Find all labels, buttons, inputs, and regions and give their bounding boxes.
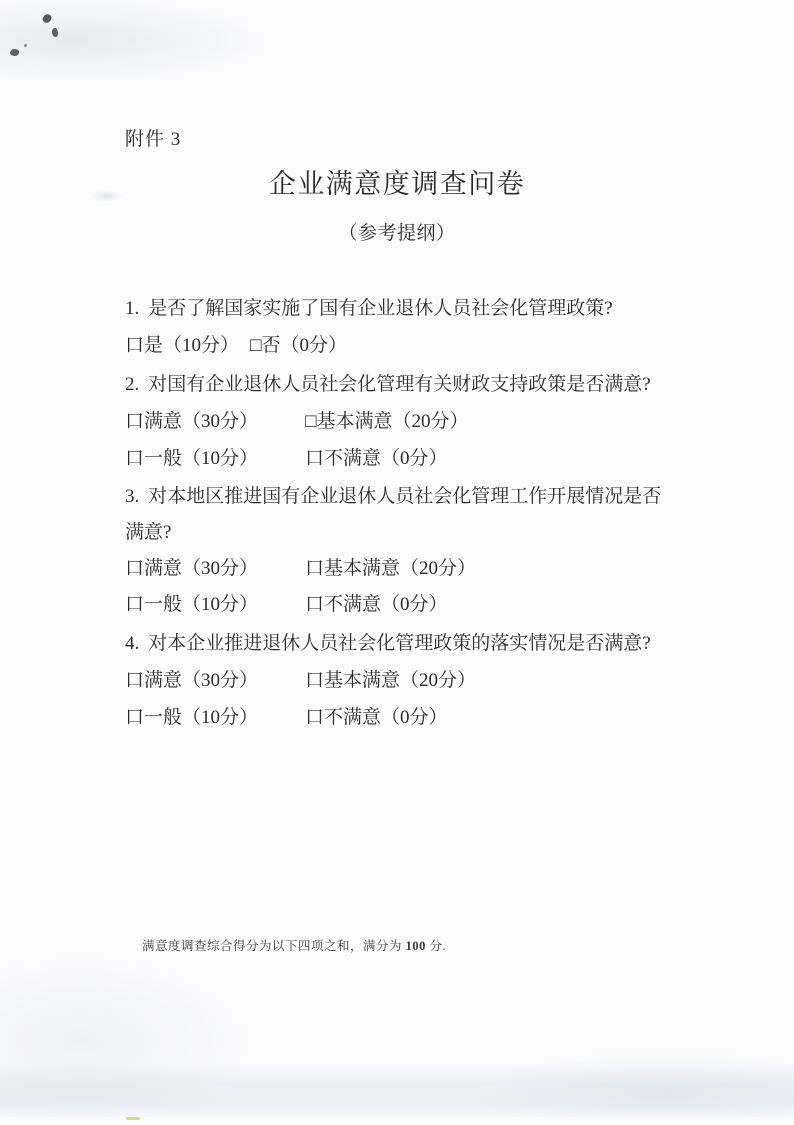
- question-2: 2.对国有企业退休人员社会化管理有关财政支持政策是否满意? 口满意（30分） □…: [125, 366, 680, 477]
- question-1: 1.是否了解国家实施了国有企业退休人员社会化管理政策? 口是（10分） □否（0…: [125, 290, 680, 364]
- option-label: 不满意（0分）: [324, 707, 448, 728]
- option-label: 基本满意（20分）: [324, 670, 476, 691]
- option-label: 一般（10分）: [144, 707, 258, 728]
- question-number: 4.: [125, 633, 139, 654]
- question-text: 对国有企业退休人员社会化管理有关财政支持政策是否满意?: [148, 374, 650, 395]
- question-2-options-row-1: 口满意（30分） □基本满意（20分）: [125, 403, 680, 440]
- option-basically-satisfied: 口基本满意（20分）: [305, 551, 476, 587]
- question-4: 4.对本企业推进退休人员社会化管理政策的落实情况是否满意? 口满意（30分） 口…: [125, 625, 680, 736]
- scan-speck: [41, 13, 52, 25]
- option-label: 满意（30分）: [144, 558, 258, 579]
- checkbox-icon[interactable]: 口: [305, 707, 324, 728]
- checkbox-icon[interactable]: □: [305, 411, 316, 432]
- option-label: 否（0分）: [262, 335, 348, 356]
- checkbox-icon[interactable]: 口: [125, 670, 144, 691]
- question-number: 3.: [125, 486, 139, 507]
- question-number: 1.: [125, 298, 139, 319]
- scan-smudge: [0, 0, 300, 90]
- footnote-score: 100: [406, 939, 426, 953]
- checkbox-icon[interactable]: 口: [125, 335, 144, 356]
- question-4-text: 4.对本企业推进退休人员社会化管理政策的落实情况是否满意?: [125, 625, 680, 662]
- footnote-prefix: 满意度调查综合得分为以下四项之和，满分为: [142, 939, 406, 953]
- option-label: 满意（30分）: [144, 670, 258, 691]
- footnote-suffix: 分.: [426, 939, 446, 953]
- option-yes: 口是（10分）: [125, 327, 239, 364]
- option-label: 满意（30分）: [144, 411, 258, 432]
- question-1-text: 1.是否了解国家实施了国有企业退休人员社会化管理政策?: [125, 290, 680, 327]
- footnote: 满意度调查综合得分为以下四项之和，满分为 100 分.: [142, 936, 446, 954]
- scan-speck: [24, 44, 27, 47]
- option-neutral: 口一般（10分）: [125, 587, 305, 623]
- question-text: 是否了解国家实施了国有企业退休人员社会化管理政策?: [148, 298, 612, 319]
- option-unsatisfied: 口不满意（0分）: [305, 699, 448, 736]
- option-neutral: 口一般（10分）: [125, 440, 305, 477]
- checkbox-icon[interactable]: 口: [125, 594, 144, 615]
- option-label: 是（10分）: [144, 335, 239, 356]
- scan-speck: [9, 48, 19, 56]
- questionnaire-body: 1.是否了解国家实施了国有企业退休人员社会化管理政策? 口是（10分） □否（0…: [125, 290, 680, 736]
- question-4-options-row-2: 口一般（10分） 口不满意（0分）: [125, 699, 680, 736]
- option-label: 基本满意（20分）: [324, 558, 476, 579]
- checkbox-icon[interactable]: 口: [305, 594, 324, 615]
- option-no: □否（0分）: [250, 327, 347, 364]
- option-satisfied: 口满意（30分）: [125, 551, 305, 587]
- option-neutral: 口一般（10分）: [125, 699, 305, 736]
- checkbox-icon[interactable]: 口: [125, 707, 144, 728]
- checkbox-icon[interactable]: □: [250, 335, 261, 356]
- checkbox-icon[interactable]: 口: [125, 448, 144, 469]
- question-2-text: 2.对国有企业退休人员社会化管理有关财政支持政策是否满意?: [125, 366, 680, 403]
- option-unsatisfied: 口不满意（0分）: [305, 440, 448, 477]
- question-3-text: 3.对本地区推进国有企业退休人员社会化管理工作开展情况是否满意?: [125, 479, 680, 551]
- scan-smudge: [470, 1045, 794, 1120]
- question-3: 3.对本地区推进国有企业退休人员社会化管理工作开展情况是否满意? 口满意（30分…: [125, 479, 680, 623]
- question-1-options-row: 口是（10分） □否（0分）: [125, 327, 680, 364]
- option-basically-satisfied: □基本满意（20分）: [305, 403, 469, 440]
- checkbox-icon[interactable]: 口: [305, 558, 324, 579]
- option-label: 基本满意（20分）: [316, 411, 468, 432]
- question-text: 对本地区推进国有企业退休人员社会化管理工作开展情况是否满意?: [125, 486, 661, 543]
- question-2-options-row-2: 口一般（10分） 口不满意（0分）: [125, 440, 680, 477]
- question-text: 对本企业推进退休人员社会化管理政策的落实情况是否满意?: [148, 633, 650, 654]
- scan-mark: [126, 1117, 140, 1120]
- scan-speck: [51, 27, 59, 37]
- checkbox-icon[interactable]: 口: [125, 558, 144, 579]
- question-4-options-row-1: 口满意（30分） 口基本满意（20分）: [125, 662, 680, 699]
- option-satisfied: 口满意（30分）: [125, 662, 305, 699]
- option-basically-satisfied: 口基本满意（20分）: [305, 662, 476, 699]
- question-3-options-row-2: 口一般（10分） 口不满意（0分）: [125, 587, 680, 623]
- attachment-label: 附件 3: [125, 124, 181, 151]
- question-3-options-row-1: 口满意（30分） 口基本满意（20分）: [125, 551, 680, 587]
- scan-smudge: [0, 945, 270, 1120]
- option-label: 一般（10分）: [144, 448, 258, 469]
- scanned-document-page: 附件 3 企业满意度调查问卷 （参考提纲） 1.是否了解国家实施了国有企业退休人…: [0, 0, 794, 1125]
- option-label: 不满意（0分）: [324, 594, 448, 615]
- question-number: 2.: [125, 374, 139, 395]
- checkbox-icon[interactable]: 口: [305, 448, 324, 469]
- option-label: 不满意（0分）: [324, 448, 448, 469]
- option-label: 一般（10分）: [144, 594, 258, 615]
- scan-shadow-band: [0, 1062, 794, 1117]
- option-unsatisfied: 口不满意（0分）: [305, 587, 448, 623]
- page-subtitle: （参考提纲）: [0, 218, 794, 245]
- checkbox-icon[interactable]: 口: [125, 411, 144, 432]
- option-satisfied: 口满意（30分）: [125, 403, 305, 440]
- page-title: 企业满意度调查问卷: [0, 162, 794, 201]
- checkbox-icon[interactable]: 口: [305, 670, 324, 691]
